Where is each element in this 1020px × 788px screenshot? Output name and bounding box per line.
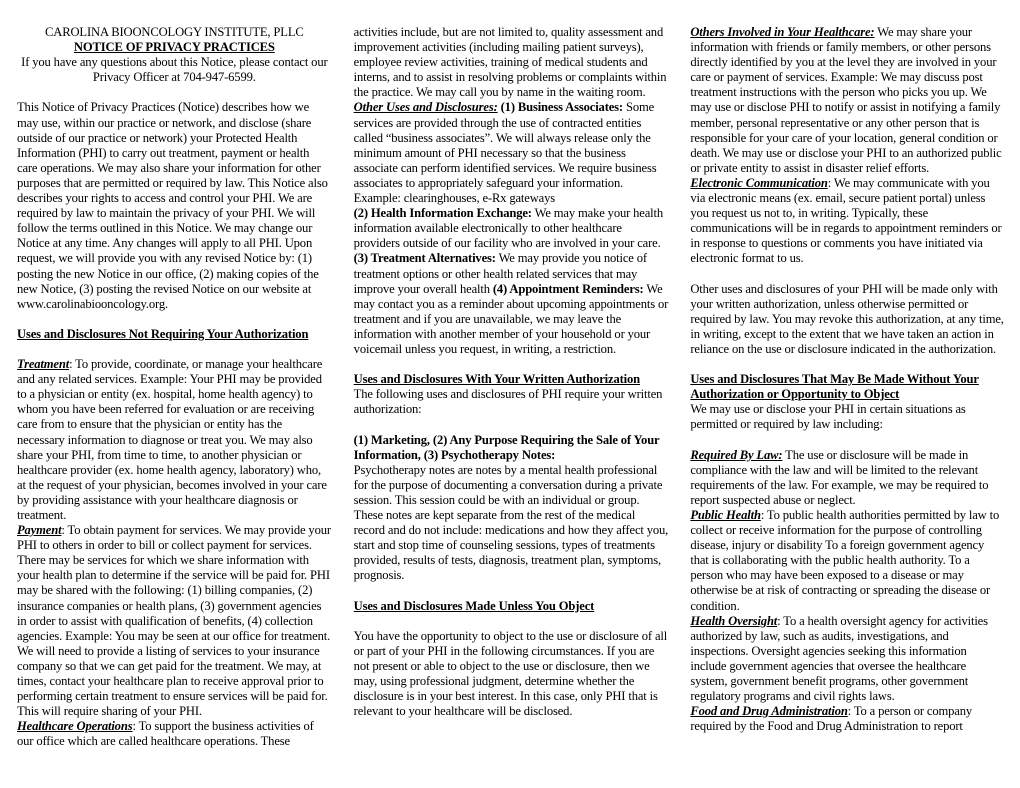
spacer — [354, 583, 669, 598]
text-run: (2) Health Information Exchange: — [354, 206, 532, 220]
text-run: Required By Law: — [690, 448, 782, 462]
text-run: If you have any questions about this Not… — [21, 55, 327, 84]
spacer — [354, 417, 669, 432]
written-authorization-intro: The following uses and disclosures of PH… — [354, 387, 669, 417]
numbered-uses-paragraph: (2) Health Information Exchange: We may … — [354, 206, 669, 357]
text-run: : To obtain payment for services. We may… — [17, 523, 331, 718]
text-run: Treatment — [17, 357, 69, 371]
section-heading-unless-you-object: Uses and Disclosures Made Unless You Obj… — [354, 599, 669, 614]
text-run: Psychotherapy notes are notes by a menta… — [354, 463, 669, 583]
psychotherapy-notes-paragraph: Psychotherapy notes are notes by a menta… — [354, 463, 669, 584]
text-run: Electronic Communication — [690, 176, 827, 190]
others-involved-paragraph: Others Involved in Your Healthcare: We m… — [690, 25, 1005, 176]
doc-title: NOTICE OF PRIVACY PRACTICES — [17, 40, 332, 55]
text-run: Other Uses and Disclosures: — [354, 100, 498, 114]
public-health-paragraph: Public Health: To public health authorit… — [690, 508, 1005, 614]
payment-paragraph: Payment: To obtain payment for services.… — [17, 523, 332, 719]
text-run: Other uses and disclosures of your PHI w… — [690, 282, 1003, 356]
text-run: (1) Business Associates: — [501, 100, 623, 114]
text-run: : To public health authorities permitted… — [690, 508, 999, 613]
electronic-communication-paragraph: Electronic Communication: We may communi… — [690, 176, 1005, 267]
spacer — [17, 85, 332, 100]
org-name: CAROLINA BIOONCOLOGY INSTITUTE, PLLC — [17, 25, 332, 40]
text-run: We may use or disclose your PHI in certa… — [690, 402, 965, 431]
column-right: Others Involved in Your Healthcare: We m… — [690, 25, 1005, 782]
without-authorization-intro: We may use or disclose your PHI in certa… — [690, 402, 1005, 432]
spacer — [690, 433, 1005, 448]
text-run: Health Oversight — [690, 614, 777, 628]
spacer — [354, 357, 669, 372]
food-and-drug-administration-paragraph: Food and Drug Administration: To a perso… — [690, 704, 1005, 734]
required-by-law-paragraph: Required By Law: The use or disclosure w… — [690, 448, 1005, 508]
healthcare-operations-continued: activities include, but are not limited … — [354, 25, 669, 100]
spacer — [354, 614, 669, 629]
text-run: We may share your information with frien… — [690, 25, 1001, 175]
text-run: (3) Treatment Alternatives: — [354, 251, 496, 265]
text-run: Public Health — [690, 508, 760, 522]
text-run: Uses and Disclosures With Your Written A… — [354, 372, 640, 386]
text-run: Uses and Disclosures Made Unless You Obj… — [354, 599, 595, 613]
other-uses-written-authorization-paragraph: Other uses and disclosures of your PHI w… — [690, 282, 1005, 357]
privacy-notice-document: CAROLINA BIOONCOLOGY INSTITUTE, PLLCNOTI… — [0, 0, 1020, 788]
spacer — [17, 312, 332, 327]
text-run: : To provide, coordinate, or manage your… — [17, 357, 327, 522]
text-run: You have the opportunity to object to th… — [354, 629, 667, 718]
text-run: Some services are provided through the u… — [354, 100, 657, 205]
marketing-sale-psychotherapy-heading: (1) Marketing, (2) Any Purpose Requiring… — [354, 433, 669, 463]
text-run: Uses and Disclosures That May Be Made Wi… — [690, 372, 978, 401]
column-left: CAROLINA BIOONCOLOGY INSTITUTE, PLLCNOTI… — [17, 25, 332, 782]
treatment-paragraph: Treatment: To provide, coordinate, or ma… — [17, 357, 332, 523]
text-run: Healthcare Operations — [17, 719, 132, 733]
healthcare-operations-paragraph: Healthcare Operations: To support the bu… — [17, 719, 332, 749]
spacer — [17, 342, 332, 357]
text-run: CAROLINA BIOONCOLOGY INSTITUTE, PLLC — [45, 25, 304, 39]
text-run: The following uses and disclosures of PH… — [354, 387, 663, 416]
other-uses-business-associates-paragraph: Other Uses and Disclosures: (1) Business… — [354, 100, 669, 206]
text-run: (4) Appointment Reminders: — [493, 282, 644, 296]
text-run: NOTICE OF PRIVACY PRACTICES — [74, 40, 275, 54]
section-heading-without-authorization: Uses and Disclosures That May Be Made Wi… — [690, 372, 1005, 402]
opportunity-to-object-paragraph: You have the opportunity to object to th… — [354, 629, 669, 720]
text-run: Uses and Disclosures Not Requiring Your … — [17, 327, 308, 341]
text-run: This Notice of Privacy Practices (Notice… — [17, 100, 328, 310]
spacer — [690, 357, 1005, 372]
section-heading-not-requiring-authorization: Uses and Disclosures Not Requiring Your … — [17, 327, 332, 342]
spacer — [690, 267, 1005, 282]
text-run: (1) Marketing, (2) Any Purpose Requiring… — [354, 433, 660, 462]
text-run: Others Involved in Your Healthcare: — [690, 25, 874, 39]
section-heading-written-authorization: Uses and Disclosures With Your Written A… — [354, 372, 669, 387]
intro-paragraph: This Notice of Privacy Practices (Notice… — [17, 100, 332, 311]
text-run: Food and Drug Administration — [690, 704, 847, 718]
text-run: Payment — [17, 523, 61, 537]
contact-note: If you have any questions about this Not… — [17, 55, 332, 85]
column-middle: activities include, but are not limited … — [354, 25, 669, 782]
text-run: activities include, but are not limited … — [354, 25, 667, 99]
health-oversight-paragraph: Health Oversight: To a health oversight … — [690, 614, 1005, 705]
